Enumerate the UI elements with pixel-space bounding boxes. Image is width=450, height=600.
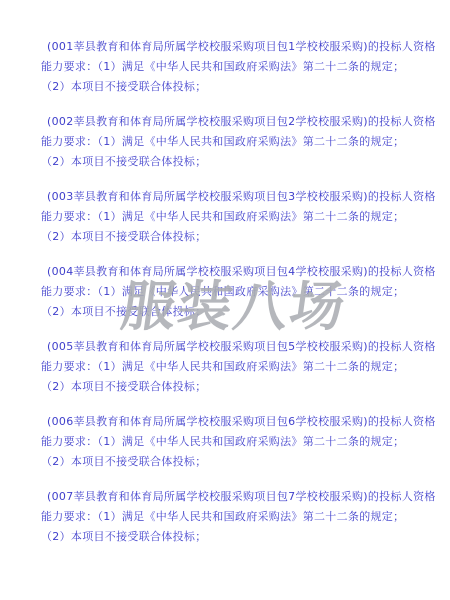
paragraph-line: (005莘县教育和体育局所属学校校服采购项目包5学校校服采购)的投标人资格 xyxy=(41,337,430,357)
paragraph-line: (002莘县教育和体育局所属学校校服采购项目包2学校校服采购)的投标人资格 xyxy=(41,112,430,132)
paragraph-line: （2）本项目不接受联合体投标； xyxy=(41,452,430,472)
requirement-paragraph: (007莘县教育和体育局所属学校校服采购项目包7学校校服采购)的投标人资格 能力… xyxy=(41,487,430,547)
requirement-paragraph: (003莘县教育和体育局所属学校校服采购项目包3学校校服采购)的投标人资格 能力… xyxy=(41,187,430,247)
paragraph-line: （2）本项目不接受联合体投标； xyxy=(41,302,430,322)
requirement-paragraph: (005莘县教育和体育局所属学校校服采购项目包5学校校服采购)的投标人资格 能力… xyxy=(41,337,430,397)
paragraph-line: 能力要求：（1）满足《中华人民共和国政府采购法》第二十二条的规定； xyxy=(41,432,430,452)
paragraph-line: 能力要求：（1）满足《中华人民共和国政府采购法》第二十二条的规定； xyxy=(41,207,430,227)
paragraph-line: 能力要求：（1）满足《中华人民共和国政府采购法》第二十二条的规定； xyxy=(41,282,430,302)
paragraph-line: 能力要求：（1）满足《中华人民共和国政府采购法》第二十二条的规定； xyxy=(41,132,430,152)
paragraph-line: 能力要求：（1）满足《中华人民共和国政府采购法》第二十二条的规定； xyxy=(41,57,430,77)
paragraph-line: (006莘县教育和体育局所属学校校服采购项目包6学校校服采购)的投标人资格 xyxy=(41,412,430,432)
paragraph-line: (004莘县教育和体育局所属学校校服采购项目包4学校校服采购)的投标人资格 xyxy=(41,262,430,282)
paragraph-line: （2）本项目不接受联合体投标； xyxy=(41,527,430,547)
document-page: (001莘县教育和体育局所属学校校服采购项目包1学校校服采购)的投标人资格 能力… xyxy=(0,0,450,600)
paragraph-line: (007莘县教育和体育局所属学校校服采购项目包7学校校服采购)的投标人资格 xyxy=(41,487,430,507)
paragraph-line: 能力要求：（1）满足《中华人民共和国政府采购法》第二十二条的规定； xyxy=(41,507,430,527)
paragraph-line: 能力要求：（1）满足《中华人民共和国政府采购法》第二十二条的规定； xyxy=(41,357,430,377)
paragraph-line: (003莘县教育和体育局所属学校校服采购项目包3学校校服采购)的投标人资格 xyxy=(41,187,430,207)
requirement-paragraph: (002莘县教育和体育局所属学校校服采购项目包2学校校服采购)的投标人资格 能力… xyxy=(41,112,430,172)
requirement-paragraph: (004莘县教育和体育局所属学校校服采购项目包4学校校服采购)的投标人资格 能力… xyxy=(41,262,430,322)
paragraph-line: （2）本项目不接受联合体投标； xyxy=(41,152,430,172)
paragraph-line: （2）本项目不接受联合体投标； xyxy=(41,377,430,397)
paragraph-line: (001莘县教育和体育局所属学校校服采购项目包1学校校服采购)的投标人资格 xyxy=(41,37,430,57)
requirement-paragraph: (006莘县教育和体育局所属学校校服采购项目包6学校校服采购)的投标人资格 能力… xyxy=(41,412,430,472)
paragraph-line: （2）本项目不接受联合体投标； xyxy=(41,227,430,247)
paragraph-line: （2）本项目不接受联合体投标； xyxy=(41,77,430,97)
requirement-paragraph: (001莘县教育和体育局所属学校校服采购项目包1学校校服采购)的投标人资格 能力… xyxy=(41,37,430,97)
